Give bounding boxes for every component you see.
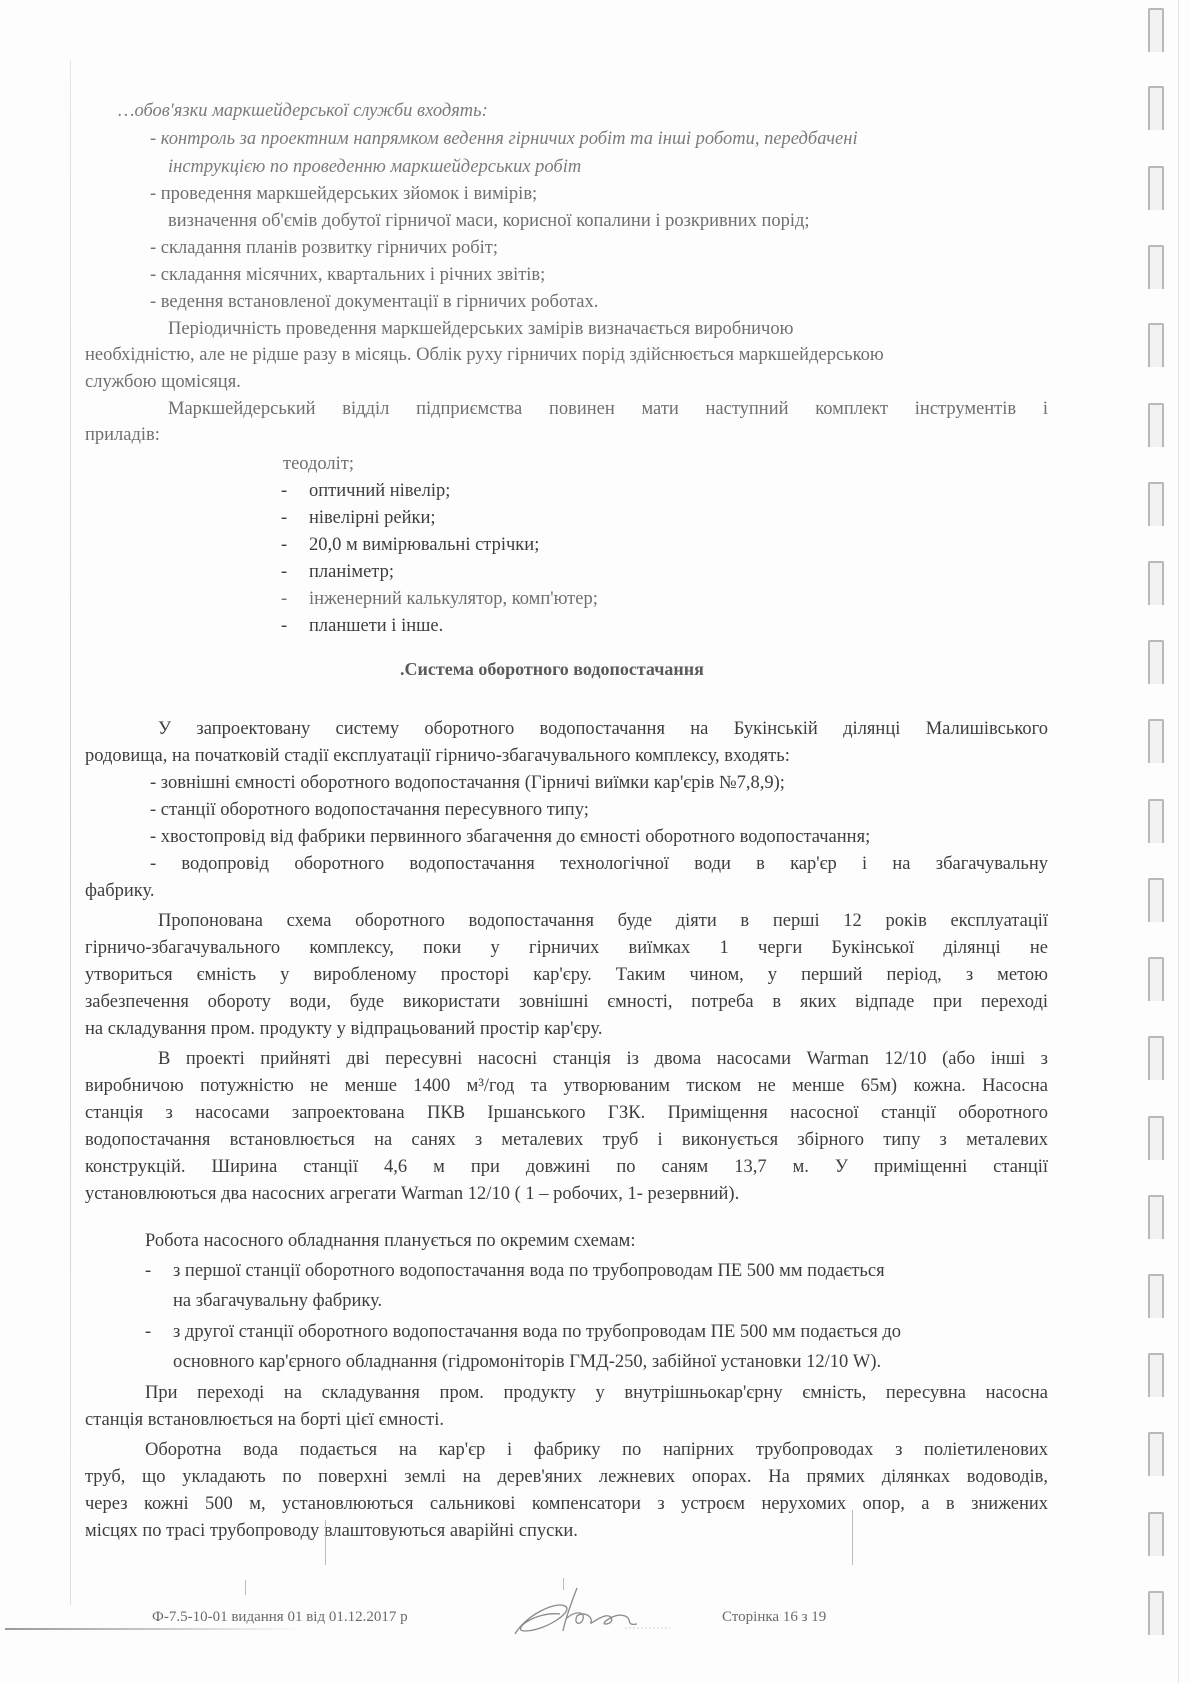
paragraph-line: У запроектовану систему оборотного водоп… (158, 719, 1048, 740)
paragraph-line: Маркшейдерський відділ підприємства пови… (168, 399, 1048, 420)
paragraph-line: водопостачання встановлюється на санях з… (85, 1130, 1048, 1151)
binder-hole (1148, 8, 1164, 52)
paragraph-line: При переході на складування пром. продук… (145, 1383, 1048, 1404)
binder-hole (1148, 561, 1164, 605)
list-item: - станції оборотного водопостачання пере… (150, 800, 589, 821)
binder-hole (1148, 86, 1164, 130)
list-item: - проведення маркшейдерських зйомок і ви… (150, 184, 537, 205)
signature-icon (505, 1586, 675, 1641)
binder-hole (1148, 1591, 1164, 1635)
paragraph-line: Оборотна вода подається на кар'єр і фабр… (145, 1440, 1048, 1461)
list-item: - складання планів розвитку гірничих роб… (150, 238, 498, 259)
paragraph-line: труб, що укладають по поверхні землі на … (85, 1467, 1048, 1488)
binder-hole (1148, 640, 1164, 684)
instrument-item: інженерний калькулятор, комп'ютер; (309, 589, 598, 609)
binder-hole (1148, 878, 1164, 922)
paragraph-line: Робота насосного обладнання планується п… (145, 1231, 635, 1252)
binder-hole (1148, 1036, 1164, 1080)
binder-hole (1148, 1432, 1164, 1476)
paragraph-line: установлюються два насосних агрегати War… (85, 1184, 739, 1205)
instrument-item: 20,0 м вимірювальні стрічки; (309, 535, 539, 555)
list-item: - ведення встановленої документації в гі… (150, 292, 598, 313)
page-number: Сторінка 16 з 19 (722, 1609, 826, 1626)
list-item: - хвостопровід від фабрики первинного зб… (150, 827, 870, 848)
scan-margin-line (70, 60, 71, 1605)
scan-mark (852, 1510, 853, 1565)
binder-hole (1148, 482, 1164, 526)
binder-hole (1148, 1274, 1164, 1318)
paragraph-line: В проекті прийняті дві пересувні насосні… (158, 1049, 1048, 1070)
list-item: визначення об'ємів добутої гірничої маси… (168, 211, 810, 232)
binder-hole (1148, 323, 1164, 367)
list-item: - складання місячних, квартальних і річн… (150, 265, 545, 286)
paragraph-line: на складування пром. продукту у відпраць… (85, 1019, 602, 1040)
scan-artifact-line (5, 1628, 305, 1630)
binder-hole (1148, 1512, 1164, 1556)
scheme-item: основного кар'єрного обладнання (гідромо… (173, 1352, 881, 1373)
binder-hole (1148, 799, 1164, 843)
scheme-item: з першої станції оборотного водопостачан… (173, 1261, 885, 1281)
list-item: інструкцією по проведенню маркшейдерськи… (168, 157, 581, 178)
paragraph-line: службою щомісяця. (85, 372, 241, 393)
paragraph-line: необхідністю, але не рідше разу в місяць… (85, 345, 884, 366)
paragraph-line: родовища, на початковій стадії експлуата… (85, 746, 790, 767)
list-item: - водопровід оборотного водопостачання т… (150, 854, 1048, 875)
binder-hole (1148, 403, 1164, 447)
list-item: фабрику. (85, 881, 155, 902)
paragraph-line: забезпечення обороту води, буде використ… (85, 992, 1048, 1013)
paragraph-line: через кожні 500 м, установлюються сальни… (85, 1494, 1048, 1515)
binder-hole (1148, 719, 1164, 763)
binder-hole (1148, 1116, 1164, 1160)
paragraph-line: гірничо-збагачувального комплексу, поки … (85, 938, 1048, 959)
binder-hole (1148, 1195, 1164, 1239)
instrument-item: теодоліт; (283, 454, 354, 475)
paragraph-line: станція встановлюється на борті цієї ємн… (85, 1410, 444, 1431)
scan-edge-line (1178, 0, 1179, 1683)
paragraph-line: приладів: (85, 425, 160, 446)
form-code: Ф-7.5-10-01 видання 01 від 01.12.2017 р (152, 1609, 408, 1626)
binder-hole (1148, 1353, 1164, 1397)
list-item: - зовнішні ємності оборотного водопостач… (150, 773, 785, 794)
list-item: - контроль за проектним напрямком веденн… (150, 129, 858, 150)
binder-hole (1148, 957, 1164, 1001)
scan-mark (325, 1520, 326, 1565)
scan-mark (245, 1580, 246, 1595)
section-intro: …обов'язки маркшейдерської служби входят… (118, 101, 488, 122)
paragraph-line: станція з насосами запроектована ПКВ Ірш… (85, 1103, 1048, 1124)
paragraph-line: місцях по трасі трубопроводу влаштовують… (85, 1521, 578, 1542)
instrument-item: оптичний нівелір; (309, 481, 450, 501)
paragraph-line: Пропонована схема оборотного водопостача… (158, 911, 1048, 932)
paragraph-line: Періодичність проведення маркшейдерських… (168, 319, 793, 340)
instrument-item: планшети і інше. (309, 616, 443, 636)
scheme-item: з другої станції оборотного водопостачан… (173, 1322, 901, 1342)
instrument-item: планіметр; (309, 562, 394, 582)
paragraph-line: конструкцій. Ширина станції 4,6 м при до… (85, 1157, 1048, 1178)
paragraph-line: утвориться ємність у виробленому простор… (85, 965, 1048, 986)
binder-hole (1148, 166, 1164, 210)
scheme-item: на збагачувальну фабрику. (173, 1291, 382, 1312)
section-heading: .Система оборотного водопостачання (400, 659, 704, 680)
paragraph-line: виробничою потужністю не менше 1400 м³/г… (85, 1076, 1048, 1097)
document-page: …обов'язки маркшейдерської служби входят… (0, 0, 1190, 1683)
instrument-item: нівелірні рейки; (309, 508, 436, 528)
binder-hole (1148, 245, 1164, 289)
